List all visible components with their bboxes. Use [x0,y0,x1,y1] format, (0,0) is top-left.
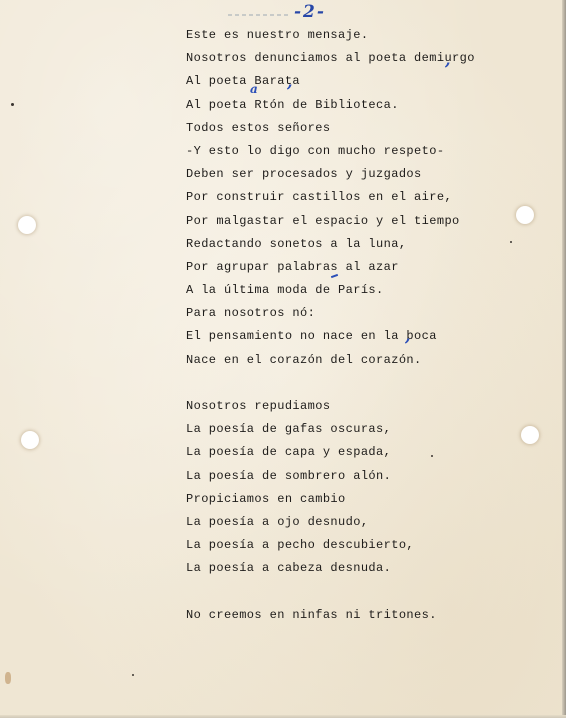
poem-line: No creemos en ninfas ni tritones. [186,604,475,627]
stanza-break [186,372,475,395]
punch-hole-right-top [516,206,534,224]
punch-hole-left-top [18,216,36,234]
document-page: -2- Este es nuestro mensaje. Nosotros de… [0,0,566,718]
poem-line: Este es nuestro mensaje. [186,24,475,47]
punch-hole-left-bottom [21,431,39,449]
poem-line: Por construir castillos en el aire, [186,186,475,209]
ink-speck [510,241,512,243]
poem-line: La poesía a pecho descubierto, [186,534,475,557]
poem-line: Deben ser procesados y juzgados [186,163,475,186]
page-right-edge [562,0,566,718]
handwritten-comma: , [445,50,451,69]
handwritten-comma: , [405,326,411,345]
poem-line: Nosotros denunciamos al poeta demiurgo [186,47,475,70]
poem-line: Para nosotros nó: [186,302,475,325]
poem-line: Al poeta Rtón de Biblioteca. [186,94,475,117]
poem-line: Por malgastar el espacio y el tiempo [186,210,475,233]
poem-line: -Y esto lo digo con mucho respeto- [186,140,475,163]
paper-stain [5,672,11,684]
punch-hole-right-bottom [521,426,539,444]
poem-line: Todos estos señores [186,117,475,140]
handwritten-comma: , [287,72,293,91]
poem-line: La poesía a cabeza desnuda. [186,557,475,580]
typed-poem: Este es nuestro mensaje. Nosotros denunc… [186,24,475,627]
poem-line: Propiciamos en cambio [186,488,475,511]
header-smudge [228,14,288,16]
poem-line: El pensamiento no nace en la boca [186,325,475,348]
poem-line: Redactando sonetos a la luna, [186,233,475,256]
handwritten-letter-a: a [250,82,258,96]
stanza-break [186,581,475,604]
ink-speck [11,103,14,106]
poem-line: La poesía de capa y espada, [186,441,475,464]
poem-line: La poesía de gafas oscuras, [186,418,475,441]
poem-line: Al poeta Barata [186,70,475,93]
poem-line: La poesía de sombrero alón. [186,465,475,488]
ink-speck [132,674,134,676]
poem-line: Nace en el corazón del corazón. [186,349,475,372]
poem-line: A la última moda de París. [186,279,475,302]
poem-line: Nosotros repudiamos [186,395,475,418]
poem-line: La poesía a ojo desnudo, [186,511,475,534]
page-number: -2- [294,2,326,22]
